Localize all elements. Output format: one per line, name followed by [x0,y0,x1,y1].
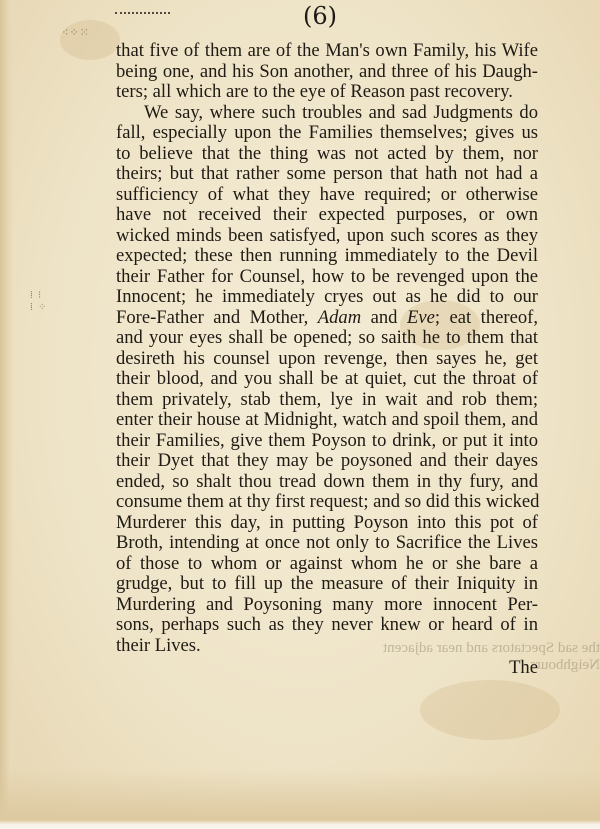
text-segment: and [361,307,407,328]
text-line: their Dyet that they may be poysoned and… [116,451,538,472]
page-edge-shadow [0,0,14,829]
body-text: that five of them are of the Man's own F… [116,41,538,656]
page-bottom-edge [0,769,600,829]
text-line: ters; all which are to the eye of Reason… [116,82,538,103]
text-line: desireth his counsel upon revenge, then … [116,349,538,370]
text-segment: Fore-Father and Mother, [116,307,318,328]
text-line: of those to whom or against whom he or s… [116,554,538,575]
bleed-through-text: the sad Spectators and near adjacent Nei… [330,640,600,674]
text-line: ended, so shalt thou tread down them in … [116,472,538,493]
text-line: sons, perhaps such as they never knew or… [116,615,538,636]
text-line: their Families, give them Poyson to drin… [116,431,538,452]
text-line: theirs; but that rather some person that… [116,164,538,185]
paragraph-start-line: We say, where such troubles and sad Judg… [116,103,538,124]
text-line: and your eyes shall be opened; so saith … [116,328,538,349]
text-line: fall, especially upon the Families thems… [116,123,538,144]
text-line: wicked minds been satisfyed, upon such s… [116,226,538,247]
text-line: Murdering and Poysoning many more innoce… [116,595,538,616]
page-number: (6) [0,2,600,30]
text-line: their Father for Counsel, how to be reve… [116,267,538,288]
text-line: sufficiency of what they have required; … [116,185,538,206]
text-line: Innocent; he immediately cryes out as he… [116,287,538,308]
text-line: that five of them are of the Man's own F… [116,41,538,62]
document-page: ⁖⁘⁙ ⁞ ⁝ ⁞ ⁘ (6) that five of them are of… [0,0,600,829]
text-line: have not received their expected purpose… [116,205,538,226]
catchword: The [509,657,538,679]
text-segment: ; eat thereof, [435,307,538,328]
italic-name-adam: Adam [318,307,361,328]
italic-name-eve: Eve [407,307,435,328]
text-line: consume them at thy first request; and s… [116,492,538,513]
text-line: Broth, intending at once not only to Sac… [116,533,538,554]
text-line: to believe that the thing was not acted … [116,144,538,165]
text-line: enter their house at Midnight, watch and… [116,410,538,431]
text-line: their blood, and you shall be at quiet, … [116,369,538,390]
text-line: Murderer this day, in putting Poyson int… [116,513,538,534]
text-line: them privately, stab them, lye in wait a… [116,390,538,411]
text-line: grudge, but to fill up the measure of th… [116,574,538,595]
paper-stain [420,680,560,740]
ink-smudge: ⁞ ⁝ ⁞ ⁘ [30,290,50,314]
text-line: expected; these then running immediately… [116,246,538,267]
text-line-with-italics: Fore-Father and Mother, Adam and Eve; ea… [116,308,538,329]
text-line: being one, and his Son another, and thre… [116,62,538,83]
